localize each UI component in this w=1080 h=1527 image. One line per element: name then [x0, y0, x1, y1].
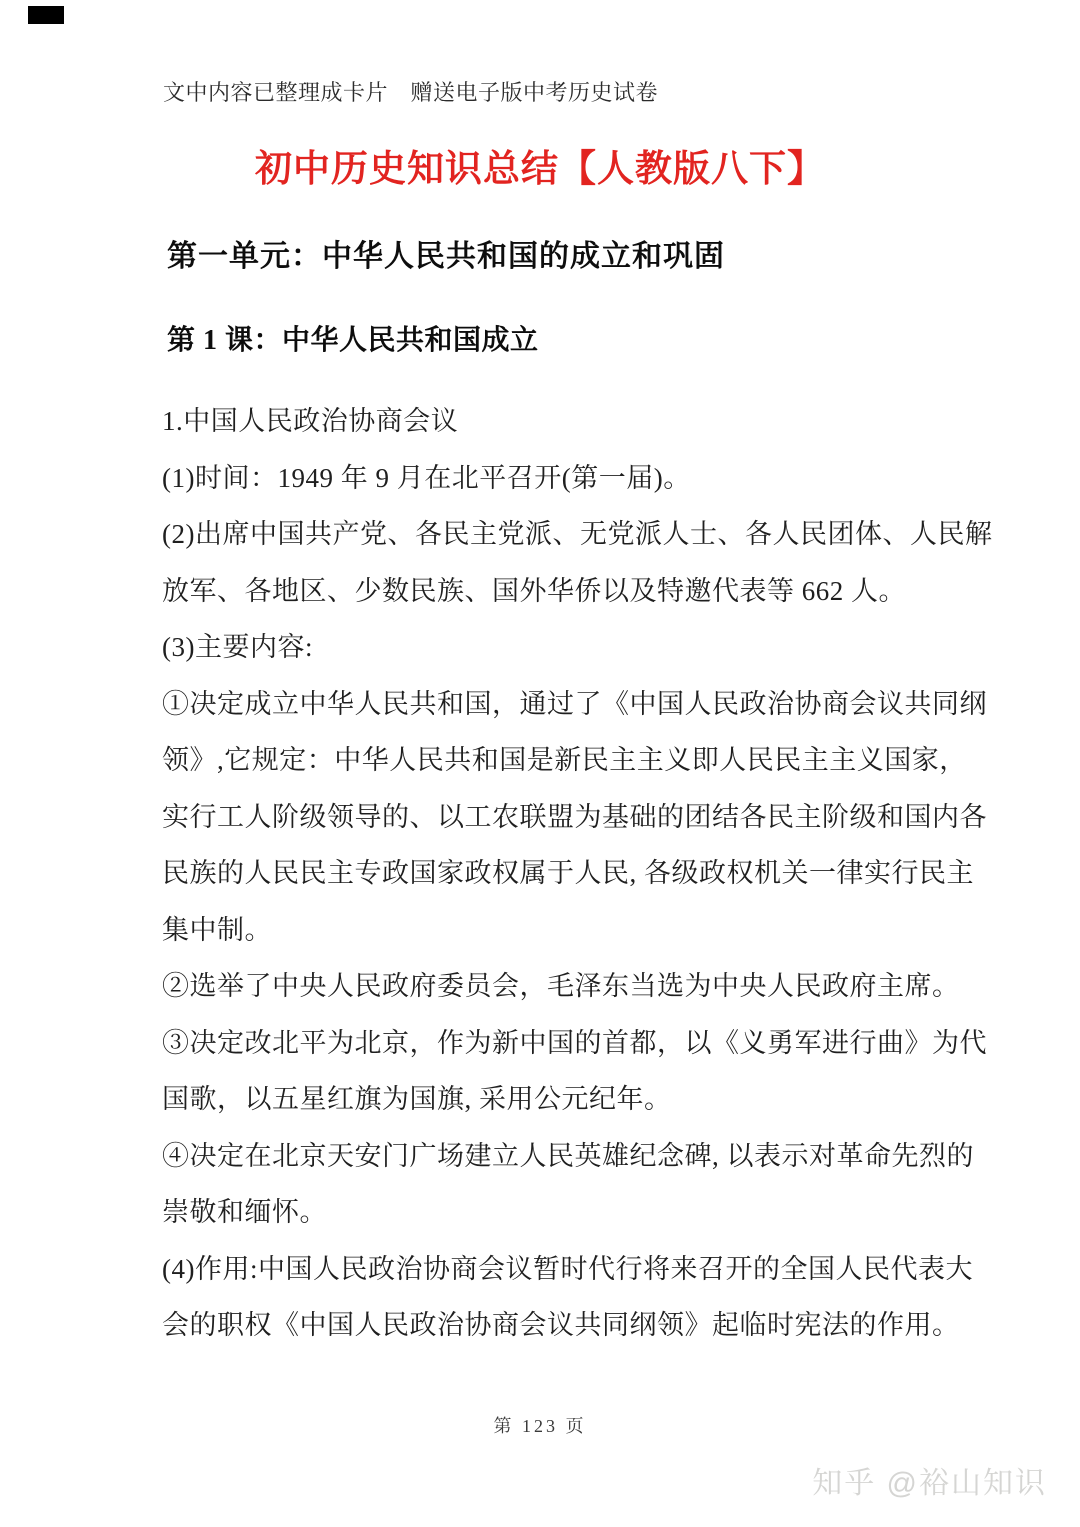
body-line: ②选举了中央人民政府委员会，毛泽东当选为中央人民政府主席。: [162, 958, 982, 1015]
body-line: 实行工人阶级领导的、以工农联盟为基础的团结各民主阶级和国内各: [162, 789, 982, 846]
body-line: ①决定成立中华人民共和国，通过了《中国人民政治协商会议共同纲: [162, 676, 982, 733]
lesson-heading: 第 1 课：中华人民共和国成立: [167, 318, 539, 358]
body-line: 放军、各地区、少数民族、国外华侨以及特邀代表等 662 人。: [162, 563, 982, 620]
scan-corner-mark: [28, 6, 64, 24]
body-line: 民族的人民民主专政国家政权属于人民, 各级政权机关一律实行民主: [162, 845, 982, 902]
body-line: 集中制。: [162, 902, 982, 959]
body-line: 崇敬和缅怀。: [162, 1184, 982, 1241]
body-text: 1.中国人民政治协商会议(1)时间：1949 年 9 月在北平召开(第一届)。(…: [162, 393, 982, 1354]
header-note: 文中内容已整理成卡片 赠送电子版中考历史试卷: [163, 76, 658, 107]
document-title: 初中历史知识总结【人教版八下】: [0, 138, 1080, 192]
body-line: (1)时间：1949 年 9 月在北平召开(第一届)。: [162, 450, 982, 507]
body-line: (3)主要内容:: [162, 619, 982, 676]
body-line: (2)出席中国共产党、各民主党派、无党派人士、各人民团体、人民解: [162, 506, 982, 563]
body-line: 国歌，以五星红旗为国旗, 采用公元纪年。: [162, 1071, 982, 1128]
watermark: 知乎 @裕山知识: [812, 1458, 1047, 1502]
body-line: ④决定在北京天安门广场建立人民英雄纪念碑, 以表示对革命先烈的: [162, 1128, 982, 1185]
unit-heading: 第一单元：中华人民共和国的成立和巩固: [167, 231, 725, 275]
body-line: 1.中国人民政治协商会议: [162, 393, 982, 450]
body-line: 领》,它规定：中华人民共和国是新民主主义即人民民主主义国家，: [162, 732, 982, 789]
body-line: ③决定改北平为北京，作为新中国的首都，以《义勇军进行曲》为代: [162, 1015, 982, 1072]
document-page: 文中内容已整理成卡片 赠送电子版中考历史试卷 初中历史知识总结【人教版八下】 第…: [0, 0, 1080, 1527]
body-line: (4)作用:中国人民政治协商会议暂时代行将来召开的全国人民代表大: [162, 1241, 982, 1298]
page-number: 第 123 页: [0, 1412, 1080, 1438]
body-line: 会的职权《中国人民政治协商会议共同纲领》起临时宪法的作用。: [162, 1297, 982, 1354]
